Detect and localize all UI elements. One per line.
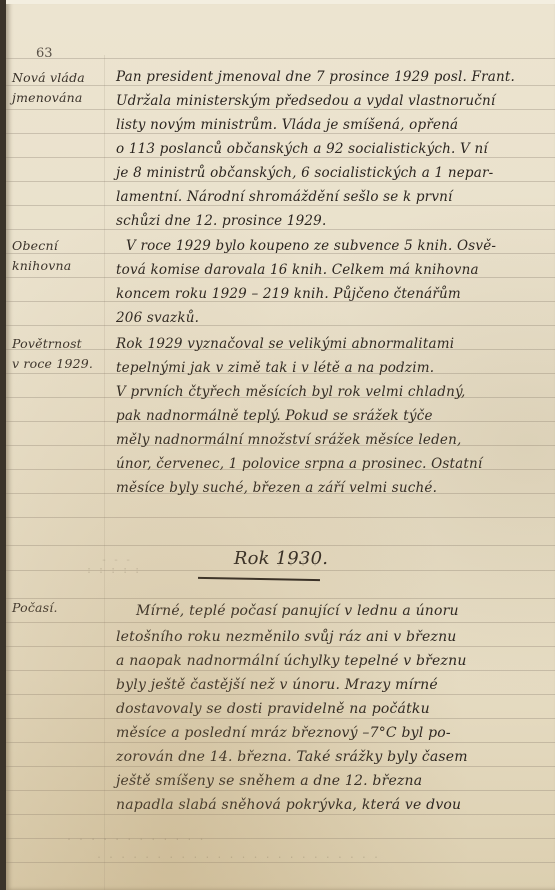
text-line: je 8 ministrů občanských, 6 socialistick… [116, 163, 546, 183]
margin-note-line: jmenována [12, 88, 104, 108]
bleed-through: : : : : : [86, 565, 140, 576]
text-line: a naopak nadnormální úchylky tepelné v b… [116, 651, 546, 671]
margin-note-weather-1930: Počasí. [12, 598, 104, 618]
text-line: dostavovaly se dosti pravidelně na počát… [116, 699, 546, 719]
text-line: Pan president jmenoval dne 7 prosince 19… [116, 67, 546, 87]
text-line: měsíce byly suché, březen a září velmi s… [116, 478, 546, 498]
page-top-edge [6, 0, 555, 4]
bleed-through: . . . . . . . . . . . . [66, 832, 204, 843]
text-line: Rok 1929 vyznačoval se velikými abnormal… [116, 334, 546, 354]
text-line: pak nadnormálně teplý. Pokud se srážek t… [116, 406, 546, 426]
text-line: zorován dne 14. března. Také srážky byly… [116, 747, 546, 767]
bleed-through: . . . . . . . . . . . . . . . . . . . . … [96, 850, 379, 861]
margin-note-new-government: Nová vláda jmenována [12, 68, 104, 108]
margin-note-line: Obecní [12, 236, 104, 256]
text-line: schůzi dne 12. prosince 1929. [116, 211, 546, 231]
ruled-line [6, 517, 555, 518]
margin-note-line: Povětrnost [12, 334, 104, 354]
text-line: měly nadnormální množství srážek měsíce … [116, 430, 546, 450]
ruled-line [6, 622, 555, 623]
text-line: napadla slabá sněhová pokrývka, která ve… [116, 795, 546, 815]
text-line: V roce 1929 bylo koupeno ze subvence 5 k… [126, 236, 555, 256]
text-line: letošního roku nezměnilo svůj ráz ani v … [116, 627, 546, 647]
margin-note-line: Počasí. [12, 598, 104, 618]
margin-note-weather-1929: Povětrnost v roce 1929. [12, 334, 104, 374]
text-line: listy novým ministrům. Vláda je smíšená,… [116, 115, 546, 135]
text-line: 206 svazků. [116, 308, 546, 328]
ruled-line [6, 545, 555, 546]
text-line: tepelnými jak v zimě tak i v létě a na p… [116, 358, 546, 378]
manuscript-page: - - - : : : : : : : : : . . . . . . . . … [6, 0, 555, 890]
text-line: Mírné, teplé počasí panující v lednu a ú… [136, 601, 555, 621]
margin-note-line: v roce 1929. [12, 354, 104, 374]
text-line: měsíce a poslední mráz březnový –7°C byl… [116, 723, 546, 743]
text-line: Udržala ministerským předsedou a vydal v… [116, 91, 546, 111]
margin-note-line: knihovna [12, 256, 104, 276]
text-line: o 113 poslanců občanských a 92 socialist… [116, 139, 546, 159]
year-heading: Rok 1930. [206, 548, 356, 569]
ruled-line [6, 58, 555, 59]
text-line: lamentní. Národní shromáždění sešlo se k… [116, 187, 546, 207]
text-line: únor, červenec, 1 polovice srpna a prosi… [116, 454, 546, 474]
margin-note-library: Obecní knihovna [12, 236, 104, 276]
text-line: byly ještě častější než v únoru. Mrazy m… [116, 675, 546, 695]
margin-note-line: Nová vláda [12, 68, 104, 88]
text-line: V prvních čtyřech měsících byl rok velmi… [116, 382, 546, 402]
text-line: koncem roku 1929 – 219 knih. Půjčeno čte… [116, 284, 546, 304]
text-line: tová komise darovala 16 knih. Celkem má … [116, 260, 546, 280]
page-number: 63 [36, 46, 53, 61]
ruled-line [6, 862, 555, 863]
heading-underline [198, 577, 320, 581]
text-line: ještě smíšeny se sněhem a dne 12. března [116, 771, 546, 791]
